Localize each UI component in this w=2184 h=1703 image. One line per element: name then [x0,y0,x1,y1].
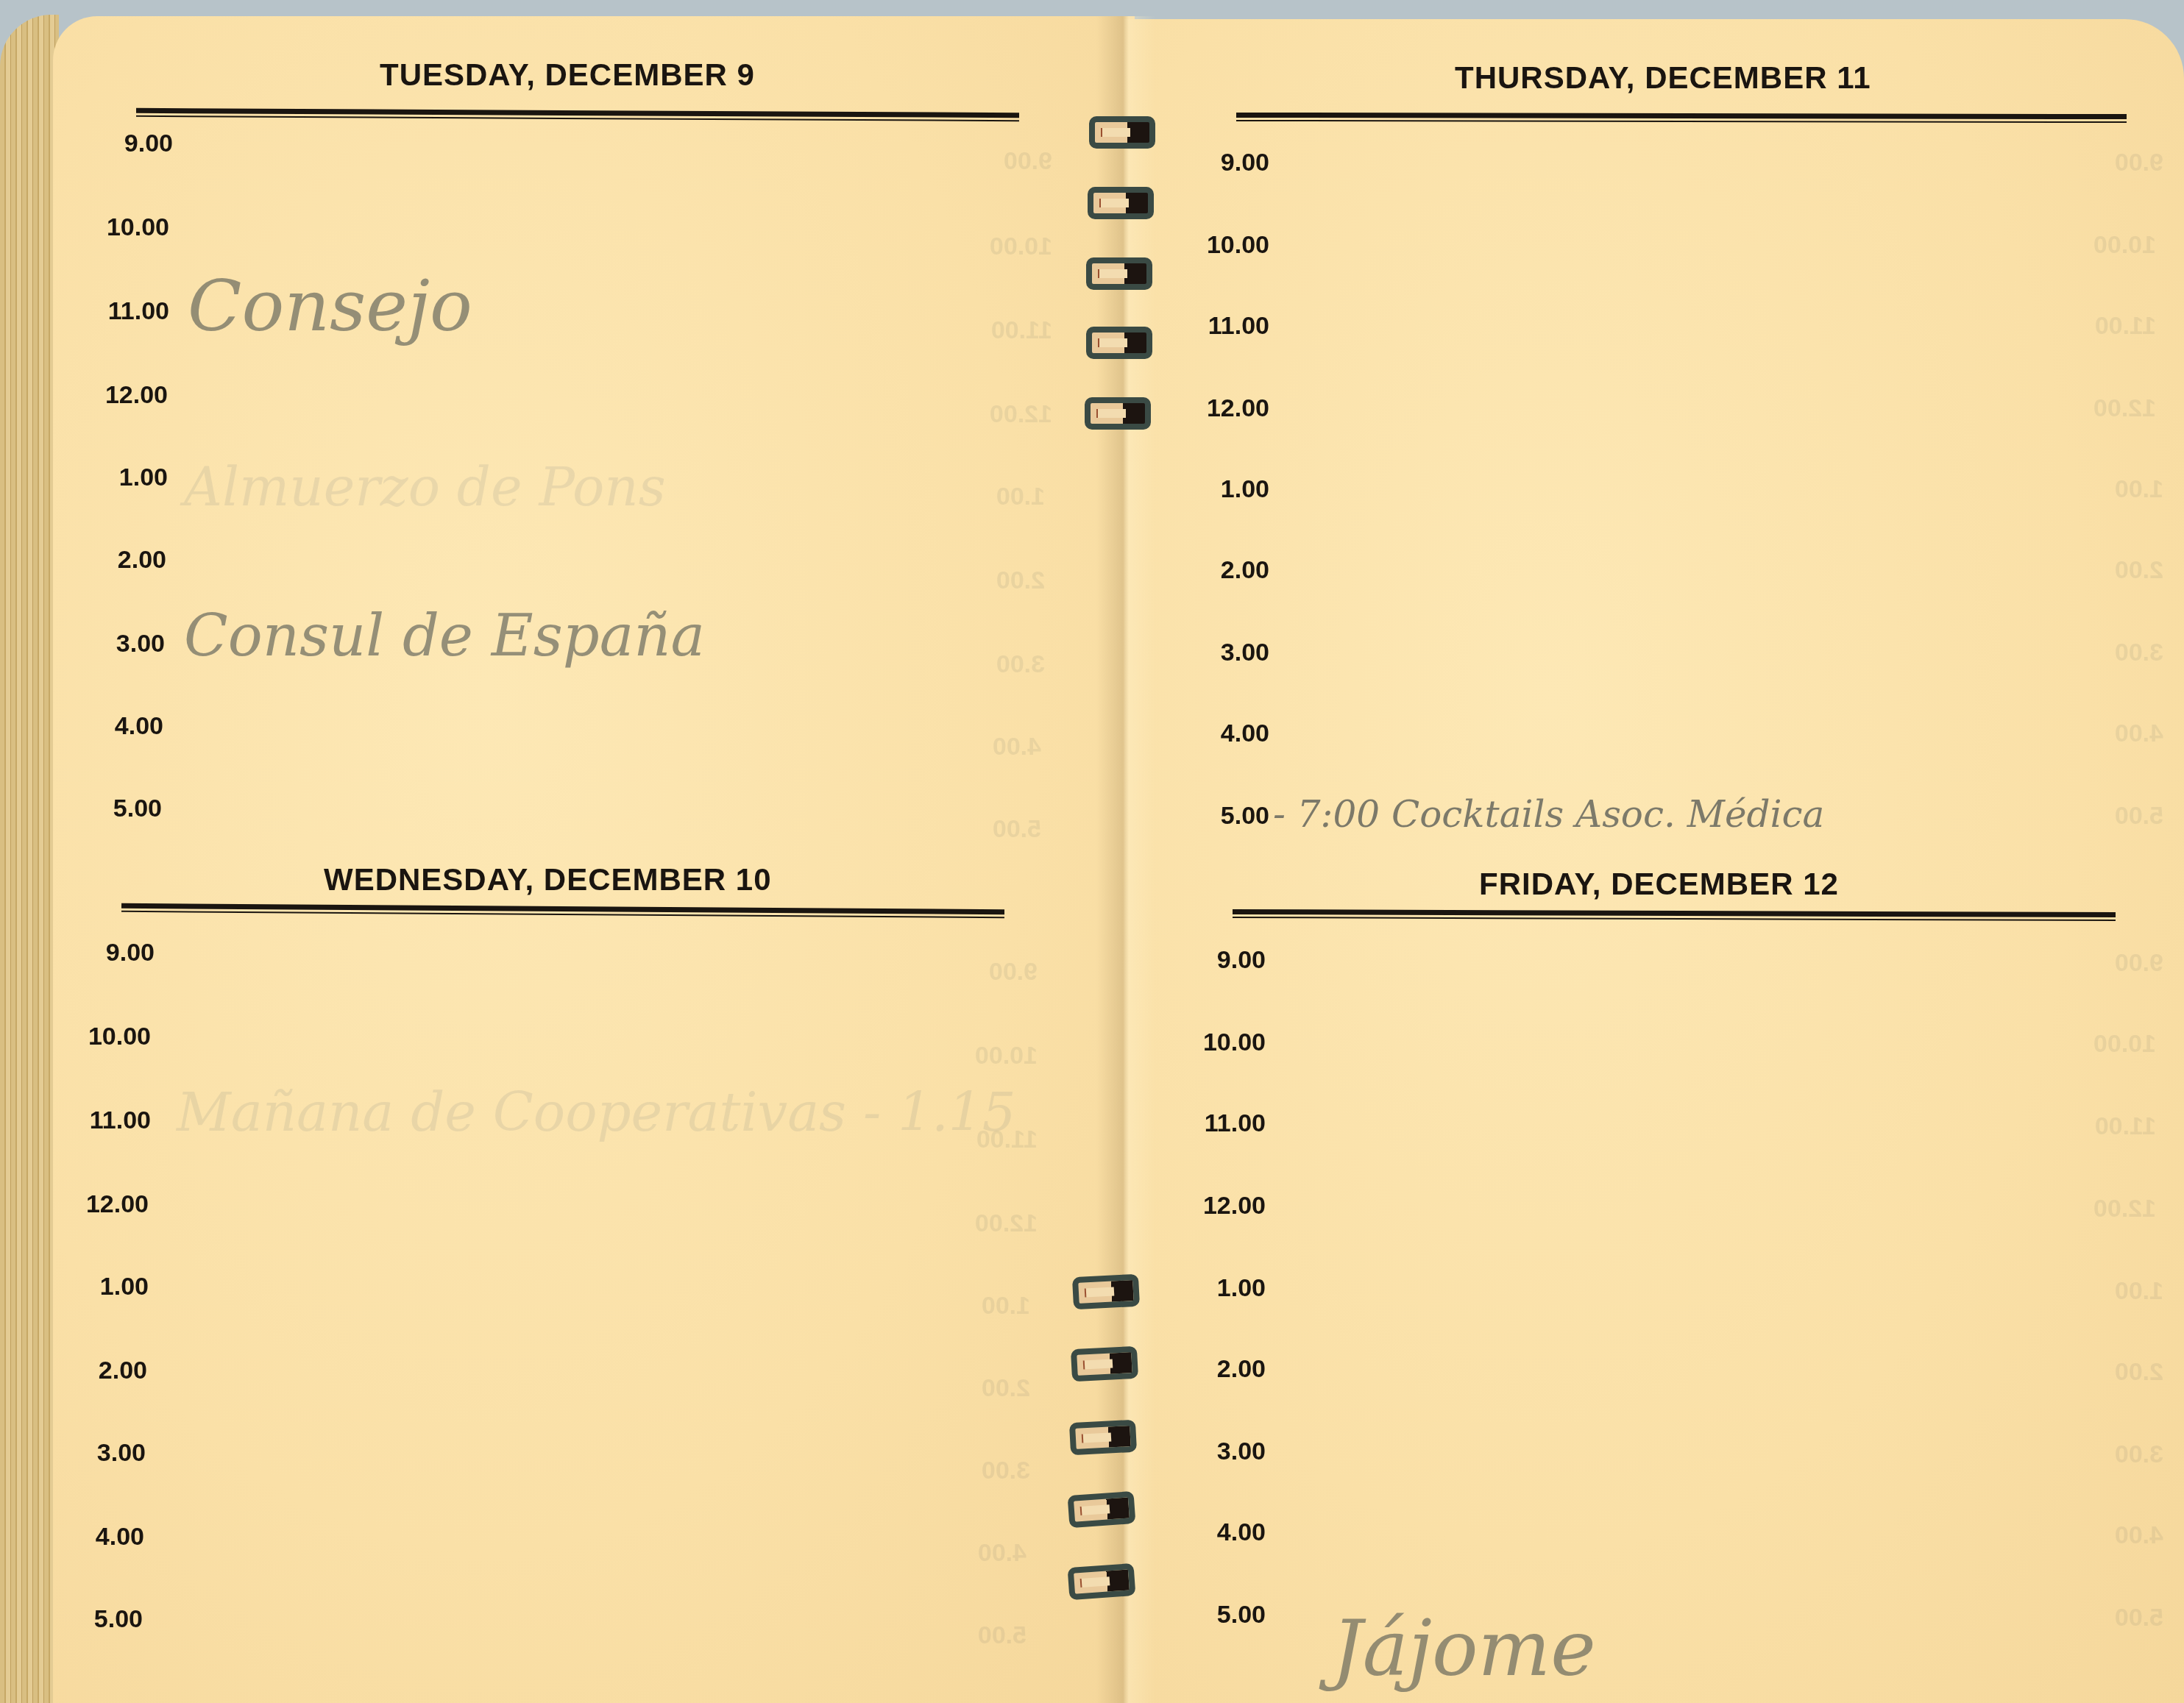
handwritten-entry: Consejo [188,265,472,347]
hour-label: 2.00 [1188,556,1269,585]
bleed-through-hour: 12.00 [957,1209,1038,1238]
hour-label: 9.00 [1185,946,1266,975]
bleed-through-hour: 4.00 [946,1539,1027,1568]
bleed-through-hour: 3.00 [949,1457,1030,1485]
bleed-through-hour: 2.00 [2082,556,2163,585]
bleed-through-hour: 12.00 [971,400,1052,429]
page-edges-stack [0,15,59,1703]
hour-label: 11.00 [70,1106,151,1135]
hour-label: 9.00 [1188,149,1269,177]
hour-label: 4.00 [63,1523,144,1551]
bleed-through-hour: 4.00 [960,733,1041,761]
bleed-through-hour: 1.00 [2082,1277,2163,1306]
bleed-through-hour: 3.00 [964,650,1045,679]
hour-label: 1.00 [1185,1274,1266,1303]
handwritten-entry: Jájome [1332,1604,1596,1693]
hour-label: 10.00 [88,213,169,242]
bleed-through-hour: 2.00 [964,566,1045,595]
hour-label: 4.00 [1188,719,1269,748]
handwritten-entry: Consul de España [184,603,705,669]
hour-label: 11.00 [88,297,169,326]
spiral-ring [1071,1346,1138,1382]
bleed-through-hour: 4.00 [2082,1521,2163,1550]
bleed-through-hour: 11.00 [2075,1112,2156,1141]
hour-label: 2.00 [85,546,166,575]
hour-label: 9.00 [74,939,155,967]
title-rule [1236,113,2127,123]
hour-label: 4.00 [1185,1518,1266,1547]
day-title: TUESDAY, DECEMBER 9 [380,57,755,93]
bleed-through-hour: 1.00 [964,483,1045,511]
day-title: WEDNESDAY, DECEMBER 10 [324,862,772,897]
bleed-through-hour: 5.00 [2082,802,2163,831]
hour-label: 1.00 [87,463,168,492]
right-page [1124,19,2184,1703]
bleed-through-hour: 3.00 [2082,1440,2163,1469]
hour-label: 5.00 [1188,802,1269,831]
hour-label: 3.00 [65,1439,146,1468]
bleed-through-hour: 3.00 [2082,639,2163,667]
hour-label: 12.00 [1188,394,1269,423]
bleed-through-hour: 5.00 [960,815,1041,844]
hour-label: 10.00 [1185,1028,1266,1057]
hour-label: 11.00 [1188,312,1269,341]
bleed-through-hour: 9.00 [2082,149,2163,177]
hour-label: 3.00 [84,630,165,658]
spiral-ring [1088,187,1154,219]
day-title: THURSDAY, DECEMBER 11 [1455,60,1871,96]
bleed-through-hour: 1.00 [2082,475,2163,504]
bleed-through-hour: 4.00 [2082,719,2163,748]
hour-label: 4.00 [82,712,163,741]
day-title: FRIDAY, DECEMBER 12 [1479,867,1839,902]
spiral-ring [1089,116,1155,149]
spiral-ring [1085,397,1151,430]
bleed-through-hour: 9.00 [957,958,1038,986]
bleed-through-hour: 1.00 [949,1292,1030,1320]
bleed-through-hour: 11.00 [971,316,1052,345]
bleed-through-hour: 10.00 [971,232,1052,261]
hour-label: 1.00 [1188,475,1269,504]
bleed-through-hour: 9.00 [2082,949,2163,978]
hour-label: 12.00 [1185,1192,1266,1220]
hour-label: 11.00 [1185,1109,1266,1138]
handwritten-entry: - 7:00 Cocktails Asoc. Médica [1273,793,1824,836]
hour-label: 3.00 [1188,639,1269,667]
hour-label: 3.00 [1185,1437,1266,1466]
bleed-through-hour: 2.00 [949,1374,1030,1403]
hour-label: 12.00 [87,381,168,410]
hour-label: 10.00 [1188,231,1269,260]
hour-label: 1.00 [68,1273,149,1301]
bleed-through-hour: 5.00 [2082,1604,2163,1632]
bleed-through-hour: 2.00 [2082,1358,2163,1387]
bleed-through-text: Almuerzo de Pons [184,456,666,518]
hour-label: 5.00 [81,794,162,823]
hour-label: 5.00 [1185,1601,1266,1629]
bleed-through-hour: 10.00 [2075,231,2156,260]
bleed-through-hour: 10.00 [957,1042,1038,1070]
spiral-ring [1086,327,1152,359]
hour-label: 12.00 [68,1190,149,1219]
bleed-through-text: Mañana de Cooperativas - 1.15 [177,1081,1015,1143]
hour-label: 2.00 [1185,1355,1266,1384]
spiral-ring [1069,1420,1137,1456]
spiral-ring [1068,1563,1136,1600]
hour-label: 2.00 [66,1357,147,1385]
spiral-ring [1068,1491,1136,1528]
hour-label: 10.00 [70,1023,151,1051]
bleed-through-hour: 5.00 [946,1621,1027,1650]
bleed-through-hour: 12.00 [2075,394,2156,423]
spiral-ring [1072,1274,1140,1310]
bleed-through-hour: 9.00 [971,147,1052,176]
bleed-through-hour: 11.00 [2075,312,2156,341]
bleed-through-hour: 10.00 [2075,1030,2156,1059]
bleed-through-hour: 12.00 [2075,1195,2156,1223]
hour-label: 9.00 [92,129,173,158]
spiral-ring [1086,257,1152,290]
hour-label: 5.00 [62,1605,143,1634]
